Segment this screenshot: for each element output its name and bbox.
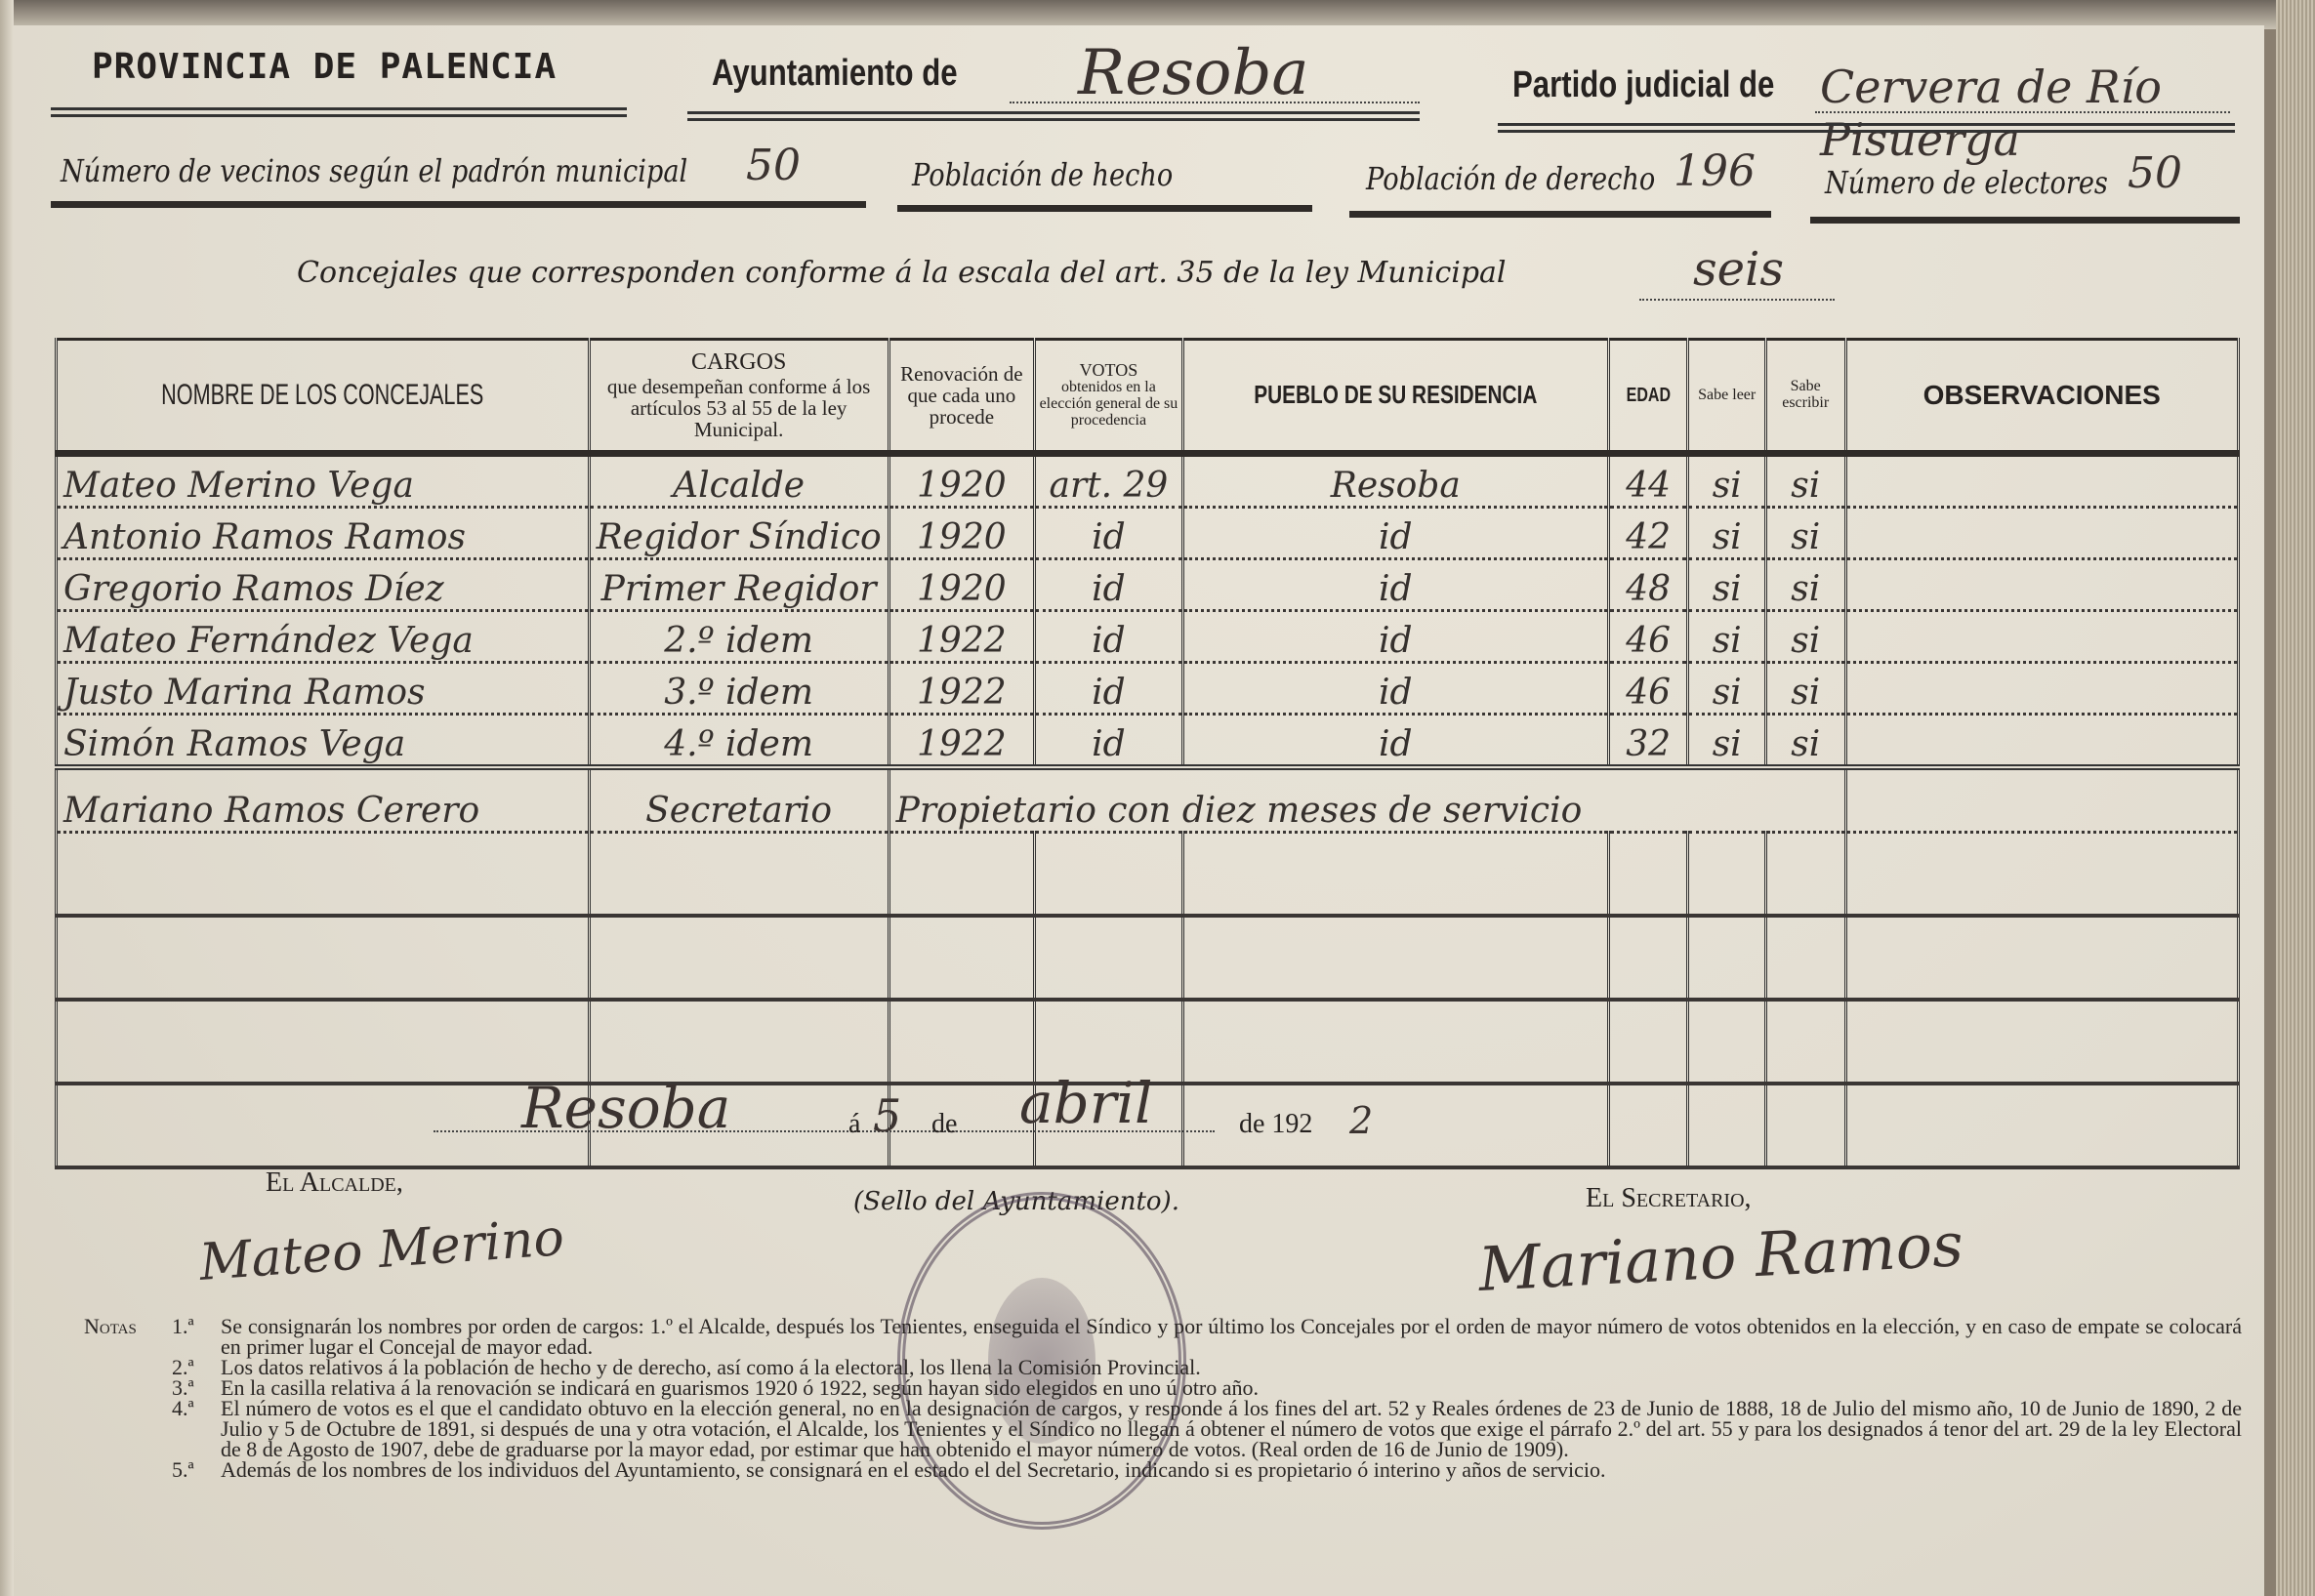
concejales-escala-field	[1639, 299, 1835, 301]
note-item: 4.ª El número de votos es el que el cand…	[84, 1398, 2242, 1459]
cell-votos: id	[1035, 611, 1183, 663]
cell-observaciones	[1845, 559, 2238, 611]
note-item: Notas 1.ª Se consignarán los nombres por…	[84, 1316, 2242, 1357]
cell-escribir: si	[1765, 715, 1845, 768]
col-header-votos: VOTOS obtenidos en la elección general d…	[1035, 340, 1183, 454]
cell-edad: 48	[1608, 559, 1688, 611]
cell-pueblo: id	[1182, 715, 1608, 768]
cell-leer: si	[1688, 611, 1765, 663]
table-row: Mateo Merino Vega Alcalde 1920 art. 29 R…	[57, 454, 2239, 508]
divider	[1498, 123, 2235, 133]
cell-votos: id	[1035, 715, 1183, 768]
table-row: Mateo Fernández Vega 2.º idem 1922 id id…	[57, 611, 2239, 663]
concejales-escala-label: Concejales que corresponden conforme á l…	[297, 256, 1507, 290]
secretario-label: El Secretario,	[1586, 1183, 1752, 1214]
year-suffix-value: 2	[1349, 1099, 1373, 1142]
cell-nombre: Simón Ramos Vega	[57, 715, 590, 768]
cell-leer: si	[1688, 559, 1765, 611]
table-row-empty	[57, 916, 2239, 1000]
cell-nombre: Justo Marina Ramos	[57, 663, 590, 715]
cell-observaciones	[1845, 508, 2238, 559]
cell-nombre: Gregorio Ramos Díez	[57, 559, 590, 611]
table-header-row: NOMBRE DE LOS CONCEJALES CARGOS que dese…	[57, 340, 2239, 454]
cell-renovacion: 1920	[889, 559, 1034, 611]
divider	[51, 107, 627, 117]
cell-escribir: si	[1765, 454, 1845, 508]
cell-renovacion: 1922	[889, 611, 1034, 663]
cell-pueblo: Resoba	[1182, 454, 1608, 508]
book-gutter	[0, 0, 14, 1596]
cell-pueblo: id	[1182, 663, 1608, 715]
secretario-signature: Mariano Ramos	[1476, 1208, 1964, 1305]
cell-renovacion: 1922	[889, 715, 1034, 768]
alcalde-signature: Mateo Merino	[197, 1208, 565, 1292]
col-header-edad: EDAD	[1608, 340, 1688, 454]
ayuntamiento-label: Ayuntamiento de	[712, 53, 958, 95]
document-page: PROVINCIA DE PALENCIA Ayuntamiento de Re…	[14, 25, 2264, 1596]
ayuntamiento-value: Resoba	[1078, 37, 1309, 109]
cell-observaciones	[1845, 611, 2238, 663]
vecinos-label: Número de vecinos según el padrón munici…	[61, 152, 687, 189]
place-value: Resoba	[521, 1075, 730, 1141]
notes-label: Notas	[84, 1316, 172, 1357]
cell-edad: 44	[1608, 454, 1688, 508]
cell-renovacion: 1920	[889, 508, 1034, 559]
divider	[1810, 217, 2240, 224]
electores-label: Número de electores	[1825, 164, 2108, 201]
cell-nombre: Mateo Fernández Vega	[57, 611, 590, 663]
cell-cargo: 4.º idem	[589, 715, 889, 768]
concejales-table: NOMBRE DE LOS CONCEJALES CARGOS que dese…	[55, 338, 2240, 1169]
cell-votos: art. 29	[1035, 454, 1183, 508]
cell-leer: si	[1688, 715, 1765, 768]
partido-judicial-label: Partido judicial de	[1512, 64, 1774, 106]
month-value: abril	[1019, 1070, 1153, 1136]
day-value: 5	[873, 1089, 901, 1142]
concejales-escala-value: seis	[1693, 242, 1784, 297]
table-row: Justo Marina Ramos 3.º idem 1922 id id 4…	[57, 663, 2239, 715]
cell-nombre: Mateo Merino Vega	[57, 454, 590, 508]
cell-votos: id	[1035, 508, 1183, 559]
cell-observaciones	[1845, 715, 2238, 768]
poblacion-derecho-label: Población de derecho	[1366, 160, 1655, 197]
cell-cargo: Alcalde	[589, 454, 889, 508]
col-header-pueblo: PUEBLO DE SU RESIDENCIA	[1182, 340, 1608, 454]
electores-value: 50	[2128, 148, 2182, 198]
table-row: Antonio Ramos Ramos Regidor Síndico 1920…	[57, 508, 2239, 559]
cell-leer: si	[1688, 663, 1765, 715]
cell-edad: 42	[1608, 508, 1688, 559]
secretario-row: Mariano Ramos Cerero Secretario Propieta…	[57, 767, 2239, 833]
divider	[51, 201, 866, 208]
note-item: 3.ª En la casilla relativa á la renovaci…	[84, 1377, 2242, 1398]
cell-edad: 46	[1608, 663, 1688, 715]
cell-pueblo: id	[1182, 611, 1608, 663]
divider	[897, 205, 1312, 212]
note-item: 2.ª Los datos relativos á la población d…	[84, 1357, 2242, 1377]
poblacion-derecho-value: 196	[1674, 146, 1756, 196]
cell-observaciones	[1845, 454, 2238, 508]
divider	[1349, 211, 1771, 218]
provincia-heading: PROVINCIA DE PALENCIA	[92, 47, 557, 87]
col-header-cargos: CARGOS que desempeñan conforme á los art…	[589, 340, 889, 454]
partido-judicial-value: Cervera de Río Pisuerga	[1820, 61, 2264, 166]
date-de-label: de	[931, 1109, 957, 1140]
cell-renovacion: 1922	[889, 663, 1034, 715]
col-header-nombre: NOMBRE DE LOS CONCEJALES	[57, 340, 590, 454]
cell-votos: id	[1035, 559, 1183, 611]
cell-edad: 32	[1608, 715, 1688, 768]
table-row: Gregorio Ramos Díez Primer Regidor 1920 …	[57, 559, 2239, 611]
cell-secretario-cargo: Secretario	[589, 767, 889, 833]
col-header-observaciones: OBSERVACIONES	[1845, 340, 2238, 454]
cell-leer: si	[1688, 454, 1765, 508]
cell-cargo: 2.º idem	[589, 611, 889, 663]
table-row-empty	[57, 833, 2239, 917]
cell-escribir: si	[1765, 611, 1845, 663]
cell-observaciones	[1845, 767, 2238, 833]
cell-cargo: 3.º idem	[589, 663, 889, 715]
poblacion-hecho-label: Población de hecho	[912, 156, 1173, 193]
cell-escribir: si	[1765, 559, 1845, 611]
date-a-label: á	[848, 1109, 860, 1140]
divider	[687, 111, 1420, 121]
alcalde-label: El Alcalde,	[266, 1167, 403, 1199]
cell-edad: 46	[1608, 611, 1688, 663]
book-page-edges	[2276, 0, 2315, 1596]
cell-leer: si	[1688, 508, 1765, 559]
cell-secretario-nombre: Mariano Ramos Cerero	[57, 767, 590, 833]
vecinos-value: 50	[746, 141, 801, 190]
cell-renovacion: 1920	[889, 454, 1034, 508]
cell-secretario-detalle: Propietario con diez meses de servicio	[889, 767, 1845, 833]
table-row: Simón Ramos Vega 4.º idem 1922 id id 32 …	[57, 715, 2239, 768]
cell-escribir: si	[1765, 508, 1845, 559]
cell-nombre: Antonio Ramos Ramos	[57, 508, 590, 559]
cell-escribir: si	[1765, 663, 1845, 715]
notes-section: Notas 1.ª Se consignarán los nombres por…	[84, 1316, 2242, 1480]
cell-observaciones	[1845, 663, 2238, 715]
note-item: 5.ª Además de los nombres de los individ…	[84, 1459, 2242, 1480]
col-header-escribir: Sabe escribir	[1765, 340, 1845, 454]
year-prefix: de 192	[1239, 1109, 1312, 1140]
col-header-leer: Sabe leer	[1688, 340, 1765, 454]
col-header-renovacion: Renovación de que cada uno procede	[889, 340, 1034, 454]
cell-votos: id	[1035, 663, 1183, 715]
cell-cargo: Regidor Síndico	[589, 508, 889, 559]
cell-cargo: Primer Regidor	[589, 559, 889, 611]
cell-pueblo: id	[1182, 559, 1608, 611]
cell-pueblo: id	[1182, 508, 1608, 559]
